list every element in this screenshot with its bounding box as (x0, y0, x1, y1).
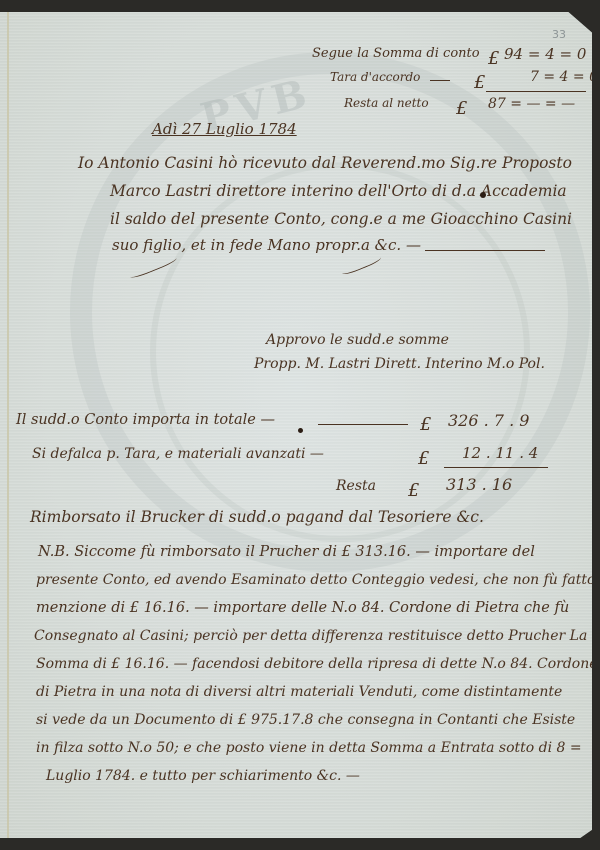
header-row-label: Segue la Somma di conto (312, 46, 480, 61)
receipt-line: Marco Lastri direttore interino dell'Ort… (110, 182, 567, 200)
nota-bene-line: presente Conto, ed avendo Esaminato dett… (36, 572, 595, 588)
binding-edge (7, 12, 9, 838)
ink-blot (480, 192, 486, 198)
nota-bene-line: si vede da un Documento di £ 975.17.8 ch… (36, 712, 575, 728)
ledger-row-amount: 326 . 7 . 9 (448, 411, 529, 430)
sum-rule (486, 91, 586, 92)
reimbursement-line: Rimborsato il Brucker di sudd.o pagand d… (30, 508, 484, 526)
manuscript-page: PVB 33 Segue la Somma di conto £ 94 = 4 … (0, 12, 592, 838)
ledger-row-label: Il sudd.o Conto importa in totale — (16, 412, 275, 428)
nota-bene-line: N.B. Siccome fù rimborsato il Prucher di… (38, 544, 535, 560)
ledger-row-label: Si defalca p. Tara, e materiali avanzati… (32, 446, 324, 462)
header-row-amount: 94 = 4 = 0 (504, 45, 586, 63)
receipt-line: il saldo del presente Conto, cong.e a me… (110, 210, 572, 228)
header-row-amount: 87 = — = — (488, 96, 575, 112)
approval-line: Approvo le sudd.e somme (266, 332, 449, 348)
lira-sign: £ (456, 98, 467, 119)
receipt-line: Io Antonio Casini hò ricevuto dal Revere… (78, 154, 572, 172)
nota-bene-line: menzione di £ 16.16. — importare delle N… (36, 600, 569, 616)
lira-sign: £ (474, 72, 485, 93)
lira-sign: £ (408, 480, 419, 501)
approval-signature: Propp. M. Lastri Dirett. Interino M.o Po… (254, 356, 545, 372)
header-row-amount: 7 = 4 = 0 (530, 69, 598, 85)
nota-bene-line: in filza sotto N.o 50; e che posto viene… (36, 740, 582, 756)
folio-number: 33 (552, 28, 566, 41)
ledger-row-amount: 313 . 16 (446, 475, 512, 494)
ledger-row-label: Resta (336, 478, 376, 494)
signature-rule (425, 250, 545, 251)
nota-bene-line: Consegnato al Casini; perciò per detta d… (34, 628, 587, 644)
ledger-row-amount: 12 . 11 . 4 (462, 444, 538, 462)
header-row-label: Tara d'accordo (330, 70, 420, 84)
ink-blot (298, 428, 303, 433)
date-line: Adì 27 Luglio 1784 (152, 120, 297, 138)
lira-sign: £ (418, 448, 429, 469)
nota-bene-line: Luglio 1784. e tutto per schiarimento &c… (46, 768, 360, 784)
dash-line (318, 424, 408, 425)
nota-bene-line: di Pietra in una nota di diversi altri m… (36, 684, 562, 700)
archive-mark: 7.24.9.8 (540, 838, 577, 848)
dash-line (430, 80, 450, 81)
nota-bene-line: Somma di £ 16.16. — facendosi debitore d… (36, 656, 598, 672)
receipt-line: suo figlio, et in fede Mano propr.a &c. … (112, 236, 421, 254)
header-row-label: Resta al netto (344, 96, 429, 110)
lira-sign: £ (488, 48, 499, 69)
lira-sign: £ (420, 414, 431, 435)
sum-rule (444, 467, 548, 468)
